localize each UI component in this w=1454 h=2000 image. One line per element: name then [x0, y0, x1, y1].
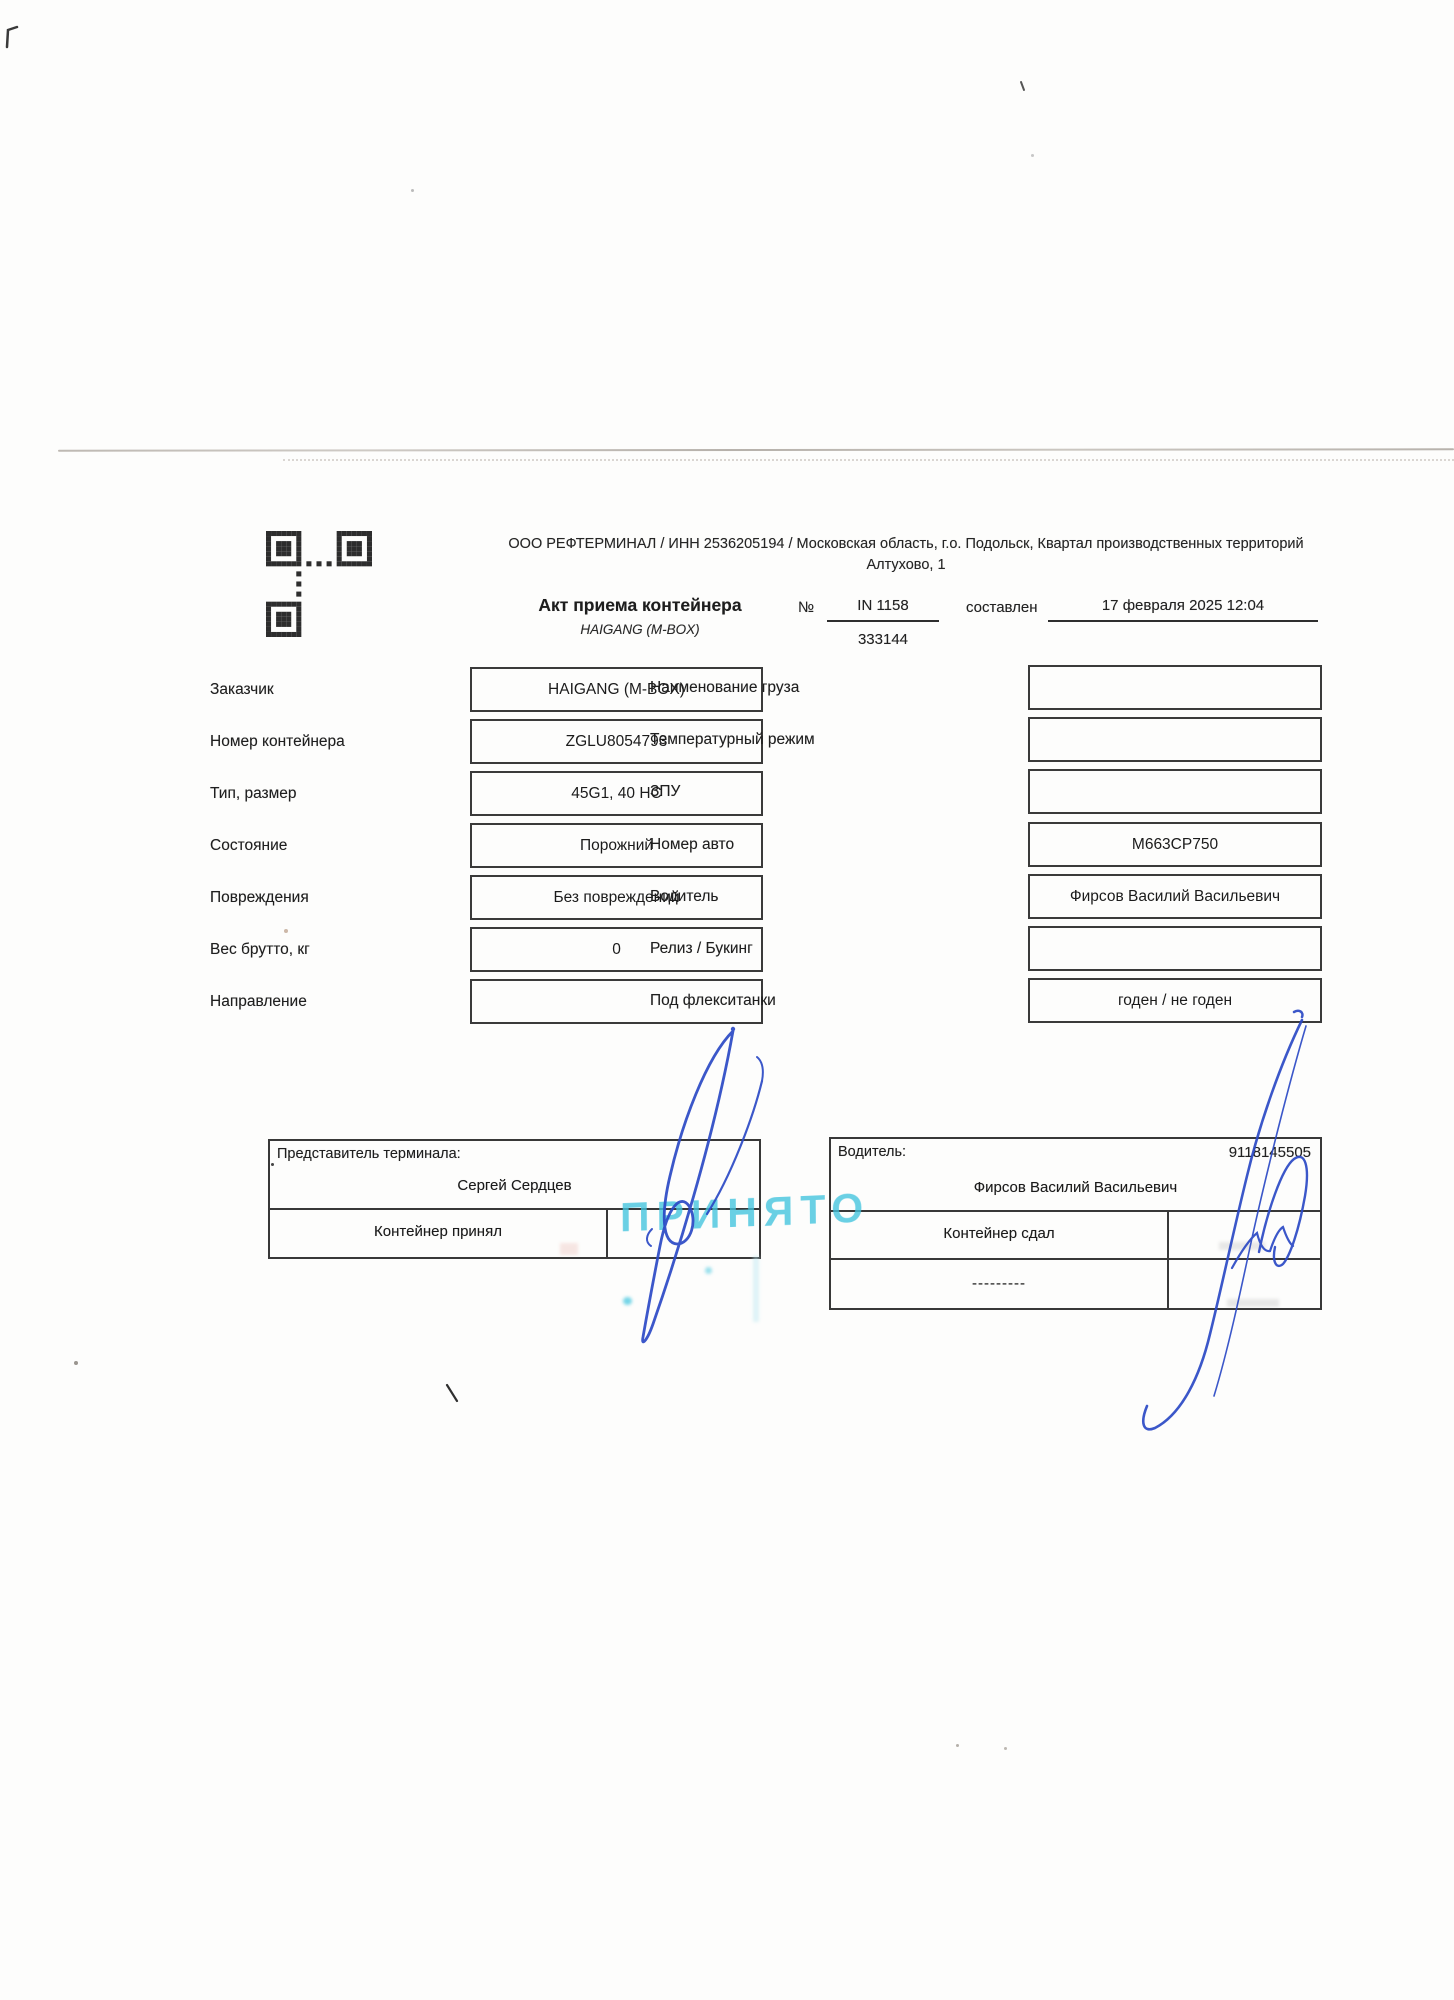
field-label-direction: Направление: [210, 979, 307, 1024]
driver-phone: 9118145505: [1229, 1144, 1311, 1161]
field-label-seal: ЗПУ: [650, 769, 680, 814]
scan-speck: [1004, 1747, 1007, 1750]
scanned-document-page: ООО РЕФТЕРМИНАЛ / ИНН 2536205194 / Моско…: [0, 0, 1454, 2000]
scan-fold-dotted-line: [283, 459, 1454, 461]
qr-code-svg: [266, 531, 372, 637]
field-label-customer: Заказчик: [210, 667, 274, 712]
field-value-type-size: 45G1, 40 HC: [470, 771, 763, 816]
driver-signature-table: Водитель: 9118145505 Фирсов Василий Васи…: [829, 1137, 1322, 1310]
company-header-line1: ООО РЕФТЕРМИНАЛ / ИНН 2536205194 / Моско…: [375, 534, 1437, 555]
field-label-driver: Водитель: [650, 874, 718, 919]
driver-table-vertical-divider: [1167, 1210, 1169, 1308]
tiny-pen-mark: [1021, 82, 1024, 90]
driver-table-divider1: [831, 1210, 1320, 1212]
document-title: Акт приема контейнера: [470, 595, 810, 616]
scan-speck: [411, 189, 414, 192]
terminal-table-vertical-divider: [606, 1208, 608, 1257]
qr-code: [266, 531, 372, 637]
composed-date: 17 февраля 2025 12:04: [1048, 597, 1318, 622]
driver-action-label: Контейнер сдал: [831, 1225, 1167, 1242]
corner-pen-mark: [7, 27, 17, 47]
stamp-ink-streak: [753, 1256, 759, 1322]
scan-speck: [284, 929, 288, 933]
company-header-line2: Алтухово, 1: [375, 555, 1437, 576]
driver-table-divider2: [831, 1258, 1320, 1260]
scan-smudge: [1219, 1242, 1265, 1250]
driver-dashes: ---------: [831, 1275, 1167, 1292]
document-subtitle: HAIGANG (M-BOX): [470, 622, 810, 637]
field-label-container-number: Номер контейнера: [210, 719, 345, 764]
composed-label: составлен: [966, 599, 1038, 616]
field-value-truck-number: М663СР750: [1028, 822, 1322, 867]
field-label-temperature-mode: Температурный режим: [650, 717, 815, 762]
field-value-cargo-name: [1028, 665, 1322, 710]
driver-name: Фирсов Василий Васильевич: [831, 1179, 1320, 1196]
field-label-flexitank: Под флекситанки: [650, 978, 776, 1023]
field-label-condition: Состояние: [210, 823, 287, 868]
company-header: ООО РЕФТЕРМИНАЛ / ИНН 2536205194 / Моско…: [375, 534, 1437, 576]
driver-block-header: Водитель:: [838, 1144, 906, 1160]
scan-speck: [1031, 154, 1034, 157]
scan-fold-line: [58, 448, 1454, 451]
field-value-driver: Фирсов Василий Васильевич: [1028, 874, 1322, 919]
number-label: №: [798, 599, 814, 616]
terminal-action-label: Контейнер принял: [270, 1223, 606, 1240]
number-secondary: 333144: [827, 631, 939, 648]
field-value-flexitank: годен / не годен: [1028, 978, 1322, 1023]
field-value-temperature-mode: [1028, 717, 1322, 762]
scan-speck: [956, 1744, 959, 1747]
scan-pink-smudge: [560, 1243, 578, 1255]
field-label-type-size: Тип, размер: [210, 771, 297, 816]
accepted-stamp: ПРИНЯТО: [620, 1185, 844, 1248]
field-label-truck-number: Номер авто: [650, 822, 734, 867]
field-label-gross-weight: Вес брутто, кг: [210, 927, 310, 972]
field-value-damages: Без повреждений: [470, 875, 763, 920]
stamp-ink-speck: [705, 1267, 712, 1274]
field-value-seal: [1028, 769, 1322, 814]
field-value-release-booking: [1028, 926, 1322, 971]
ink-dot: [271, 1163, 274, 1166]
field-label-release-booking: Релиз / Букинг: [650, 926, 753, 971]
number-value: IN 1158: [827, 597, 939, 622]
terminal-block-header: Представитель терминала:: [277, 1146, 461, 1162]
stamp-ink-speck: [623, 1297, 632, 1305]
scan-smudge: [1227, 1299, 1279, 1307]
scan-speck: [74, 1361, 78, 1365]
stray-pen-stroke: [447, 1385, 457, 1401]
field-label-cargo-name: Наименование груза: [650, 665, 799, 710]
field-label-damages: Повреждения: [210, 875, 309, 920]
